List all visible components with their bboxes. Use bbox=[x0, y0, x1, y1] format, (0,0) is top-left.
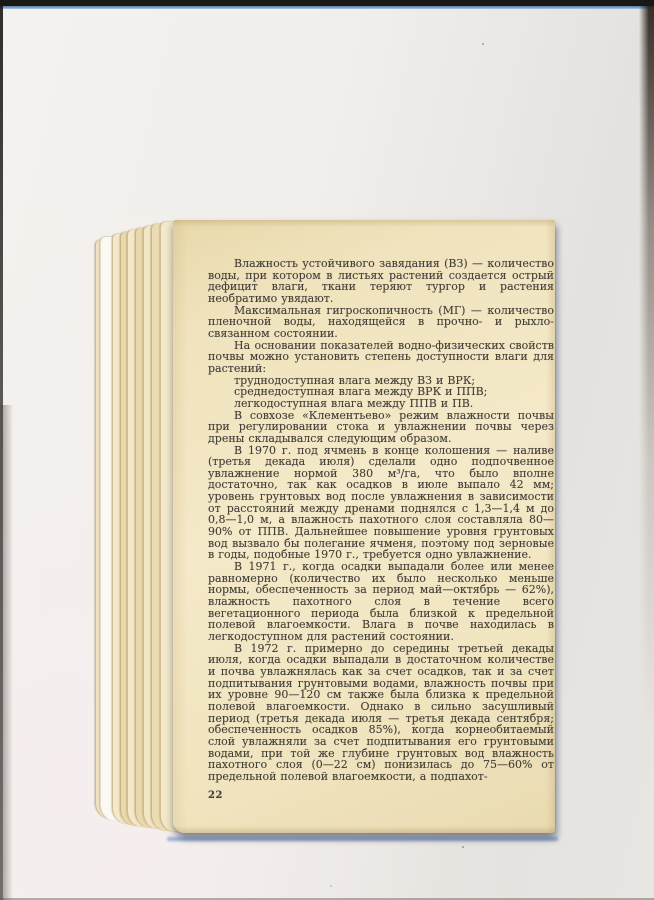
scanner-edge-left-shadow bbox=[0, 405, 13, 900]
book: Влажность устойчивого завядания (ВЗ) — к… bbox=[95, 220, 555, 833]
page-text: Влажность устойчивого завядания (ВЗ) — к… bbox=[208, 258, 554, 801]
scan-blue-fringe-top bbox=[0, 6, 654, 9]
book-page: Влажность устойчивого завядания (ВЗ) — к… bbox=[173, 220, 555, 833]
page-number: 22 bbox=[208, 790, 554, 802]
paragraph: В совхозе «Клементьево» режим влажности … bbox=[208, 410, 554, 445]
scanned-page-photo: Влажность устойчивого завядания (ВЗ) — к… bbox=[0, 0, 654, 900]
paragraph: На основании показателей водно-физически… bbox=[208, 340, 554, 375]
paragraph: В 1970 г. под ячмень в конце колошения —… bbox=[208, 445, 554, 562]
paragraph: Максимальная гигроскопичность (МГ) — кол… bbox=[208, 305, 554, 340]
paragraph: В 1972 г. примерно до середины третьей д… bbox=[208, 643, 554, 783]
paragraph: Влажность устойчивого завядания (ВЗ) — к… bbox=[208, 258, 554, 305]
paragraph: В 1971 г., когда осадки выпадали более и… bbox=[208, 561, 554, 643]
scan-blue-fringe-bottom bbox=[167, 837, 558, 841]
dust-speck bbox=[462, 846, 464, 848]
dust-speck bbox=[330, 885, 332, 887]
list-item: легкодоступная влага между ППВ и ПВ. bbox=[208, 398, 554, 410]
scanner-edge-right-shadow bbox=[639, 6, 654, 736]
dust-speck bbox=[482, 43, 484, 45]
